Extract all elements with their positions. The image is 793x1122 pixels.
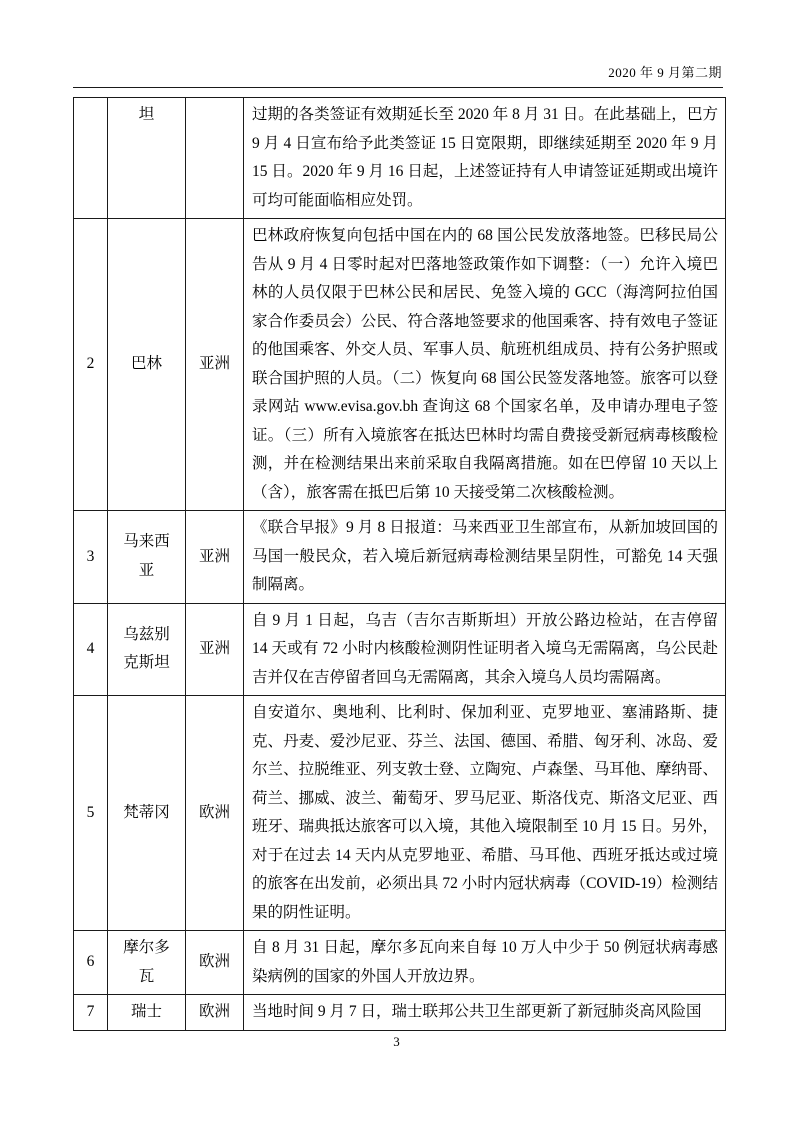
content-cell: 巴林政府恢复向包括中国在内的 68 国公民发放落地签。巴移民局公告从 9 月 4… — [244, 219, 726, 511]
country-cell: 摩尔多瓦 — [108, 931, 186, 995]
row-number-cell: 6 — [74, 931, 108, 995]
country-cell: 瑞士 — [108, 995, 186, 1031]
entry-policy-table: 坦 过期的各类签证有效期延长至 2020 年 8 月 31 日。在此基础上，巴方… — [73, 97, 726, 1031]
country-cell: 梵蒂冈 — [108, 696, 186, 931]
continent-cell: 欧洲 — [186, 931, 244, 995]
document-page: { "page": { "header_text": "2020 年 9 月第二… — [0, 0, 793, 1122]
row-number-cell: 2 — [74, 219, 108, 511]
row-number-cell: 4 — [74, 603, 108, 696]
row-number-cell — [74, 98, 108, 219]
content-cell: 自安道尔、奥地利、比利时、保加利亚、克罗地亚、塞浦路斯、捷克、丹麦、爱沙尼亚、芬… — [244, 696, 726, 931]
content-cell: 自 8 月 31 日起，摩尔多瓦向来自每 10 万人中少于 50 例冠状病毒感染… — [244, 931, 726, 995]
continent-cell: 亚洲 — [186, 219, 244, 511]
table-row: 2 巴林 亚洲 巴林政府恢复向包括中国在内的 68 国公民发放落地签。巴移民局公… — [74, 219, 726, 511]
row-number-cell: 7 — [74, 995, 108, 1031]
page-header: 2020 年 9 月第二期 — [73, 64, 722, 82]
content-cell: 过期的各类签证有效期延长至 2020 年 8 月 31 日。在此基础上，巴方 9… — [244, 98, 726, 219]
table-row: 5 梵蒂冈 欧洲 自安道尔、奥地利、比利时、保加利亚、克罗地亚、塞浦路斯、捷克、… — [74, 696, 726, 931]
continent-cell — [186, 98, 244, 219]
header-rule — [73, 87, 723, 88]
table-row: 坦 过期的各类签证有效期延长至 2020 年 8 月 31 日。在此基础上，巴方… — [74, 98, 726, 219]
page-number: 3 — [0, 1033, 793, 1051]
table-row: 7 瑞士 欧洲 当地时间 9 月 7 日，瑞士联邦公共卫生部更新了新冠肺炎高风险… — [74, 995, 726, 1031]
country-cell: 坦 — [108, 98, 186, 219]
country-cell: 乌兹别克斯坦 — [108, 603, 186, 696]
content-cell: 自 9 月 1 日起，乌吉（吉尔吉斯斯坦）开放公路边检站，在吉停留 14 天或有… — [244, 603, 726, 696]
country-cell: 马来西亚 — [108, 511, 186, 604]
content-cell: 《联合早报》9 月 8 日报道：马来西亚卫生部宣布，从新加坡回国的马国一般民众，… — [244, 511, 726, 604]
country-cell: 巴林 — [108, 219, 186, 511]
row-number-cell: 5 — [74, 696, 108, 931]
content-cell: 当地时间 9 月 7 日，瑞士联邦公共卫生部更新了新冠肺炎高风险国 — [244, 995, 726, 1031]
table-row: 3 马来西亚 亚洲 《联合早报》9 月 8 日报道：马来西亚卫生部宣布，从新加坡… — [74, 511, 726, 604]
continent-cell: 欧洲 — [186, 995, 244, 1031]
continent-cell: 亚洲 — [186, 511, 244, 604]
table-row: 4 乌兹别克斯坦 亚洲 自 9 月 1 日起，乌吉（吉尔吉斯斯坦）开放公路边检站… — [74, 603, 726, 696]
continent-cell: 亚洲 — [186, 603, 244, 696]
row-number-cell: 3 — [74, 511, 108, 604]
continent-cell: 欧洲 — [186, 696, 244, 931]
table-row: 6 摩尔多瓦 欧洲 自 8 月 31 日起，摩尔多瓦向来自每 10 万人中少于 … — [74, 931, 726, 995]
